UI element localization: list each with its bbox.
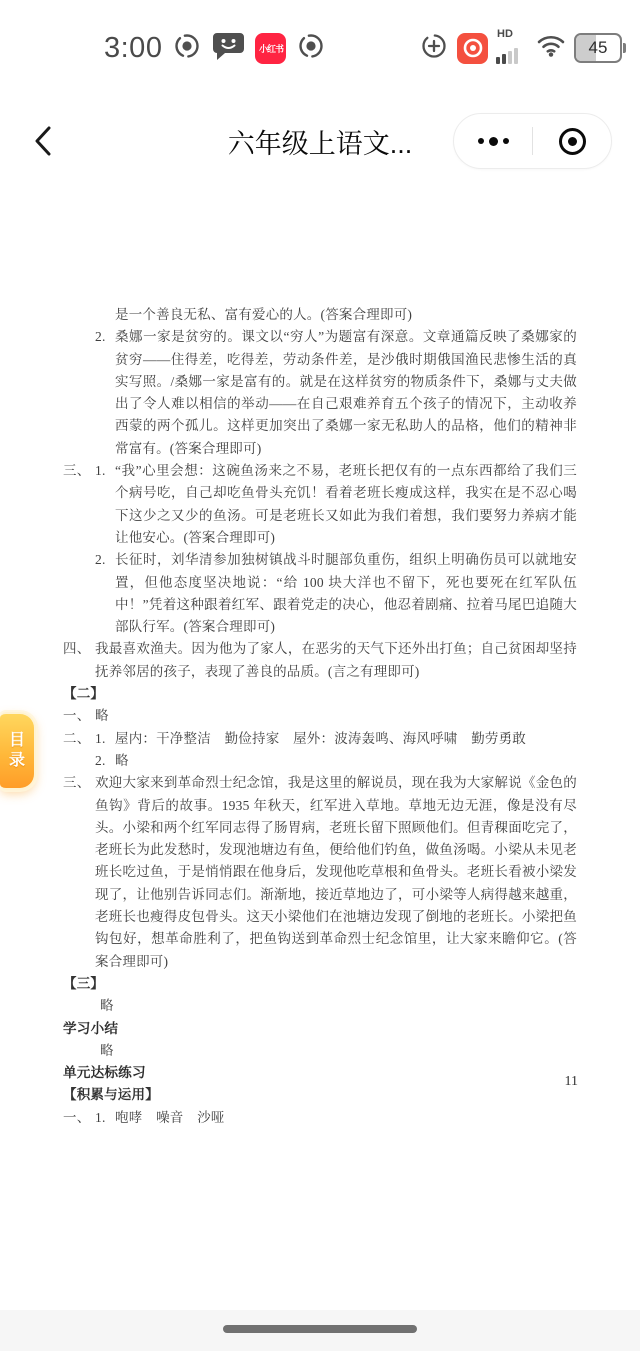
battery-percent: 45 [576, 35, 620, 61]
message-notification-icon [212, 30, 245, 66]
screen-record-icon-2 [296, 31, 326, 66]
hd-label: HD [497, 28, 513, 40]
doc-paragraph: 略 [63, 1040, 577, 1062]
close-target-icon [559, 128, 586, 155]
doc-paragraph: 四、我最喜欢渔夫。因为他为了家人，在恶劣的天气下还外出打鱼；自己贫困却坚持抚养邻… [63, 638, 577, 683]
toc-label-char-2: 录 [9, 752, 25, 770]
battery-nub [623, 43, 626, 53]
doc-paragraph: 单元达标练习 [63, 1062, 577, 1084]
signal-bars-icon [496, 48, 518, 64]
document-content: 是一个善良无私、富有爱心的人。(答案合理即可)2.桑娜一家是贫穷的。课文以“穷人… [63, 304, 577, 1129]
status-right-cluster: HD 45 [419, 30, 626, 66]
doc-paragraph: 【积累与运用】 [63, 1084, 577, 1106]
wifi-icon [536, 33, 566, 63]
miniprogram-capsule [453, 113, 612, 169]
status-bar: 3:00 小红书 [0, 0, 640, 80]
doc-paragraph: 学习小结 [63, 1018, 577, 1040]
doc-paragraph: 2.桑娜一家是贫穷的。课文以“穷人”为题富有深意。文章通篇反映了桑娜家的贫穷——… [63, 326, 577, 460]
doc-paragraph: 【二】 [63, 683, 577, 705]
table-of-contents-tab[interactable]: 目 录 [0, 712, 36, 790]
doc-paragraph: 二、1.屋内：干净整洁 勤俭持家 屋外：波涛轰鸣、海风呼啸 勤劳勇敢 [63, 728, 577, 750]
doc-paragraph: 是一个善良无私、富有爱心的人。(答案合理即可) [63, 304, 577, 326]
doc-paragraph: 一、1.咆哮 噪音 沙哑 [63, 1107, 577, 1129]
data-saver-icon [419, 31, 449, 66]
home-indicator[interactable] [223, 1325, 417, 1333]
close-miniprogram-button[interactable] [533, 114, 611, 168]
more-options-button[interactable] [454, 114, 532, 168]
doc-paragraph: 2.长征时，刘华清参加独树镇战斗时腿部负重伤，组织上明确伤员可以就地安置，但他态… [63, 549, 577, 638]
nav-bar: 六年级上语文... [0, 100, 640, 180]
doc-paragraph: 略 [63, 995, 577, 1017]
doc-paragraph: 三、欢迎大家来到革命烈士纪念馆，我是这里的解说员，现在我为大家解说《金色的鱼钩》… [63, 772, 577, 973]
doc-paragraph: 【三】 [63, 973, 577, 995]
recording-active-icon [457, 33, 488, 64]
battery-icon: 45 [574, 33, 626, 63]
xiaohongshu-app-icon: 小红书 [255, 33, 286, 64]
more-dots-icon [478, 137, 509, 146]
doc-paragraph: 一、略 [63, 705, 577, 727]
screen-record-icon [172, 31, 202, 66]
page-number: 11 [565, 1074, 578, 1090]
bottom-system-strip [0, 1310, 640, 1351]
cellular-signal-icon: HD [496, 30, 528, 66]
toc-label-char-1: 目 [9, 732, 25, 750]
clock-time: 3:00 [104, 31, 162, 65]
status-left-cluster: 3:00 小红书 [104, 30, 326, 66]
doc-paragraph: 2.略 [63, 750, 577, 772]
doc-paragraph: 三、1.“我”心里会想：这碗鱼汤来之不易，老班长把仅有的一点东西都给了我们三个病… [63, 460, 577, 549]
